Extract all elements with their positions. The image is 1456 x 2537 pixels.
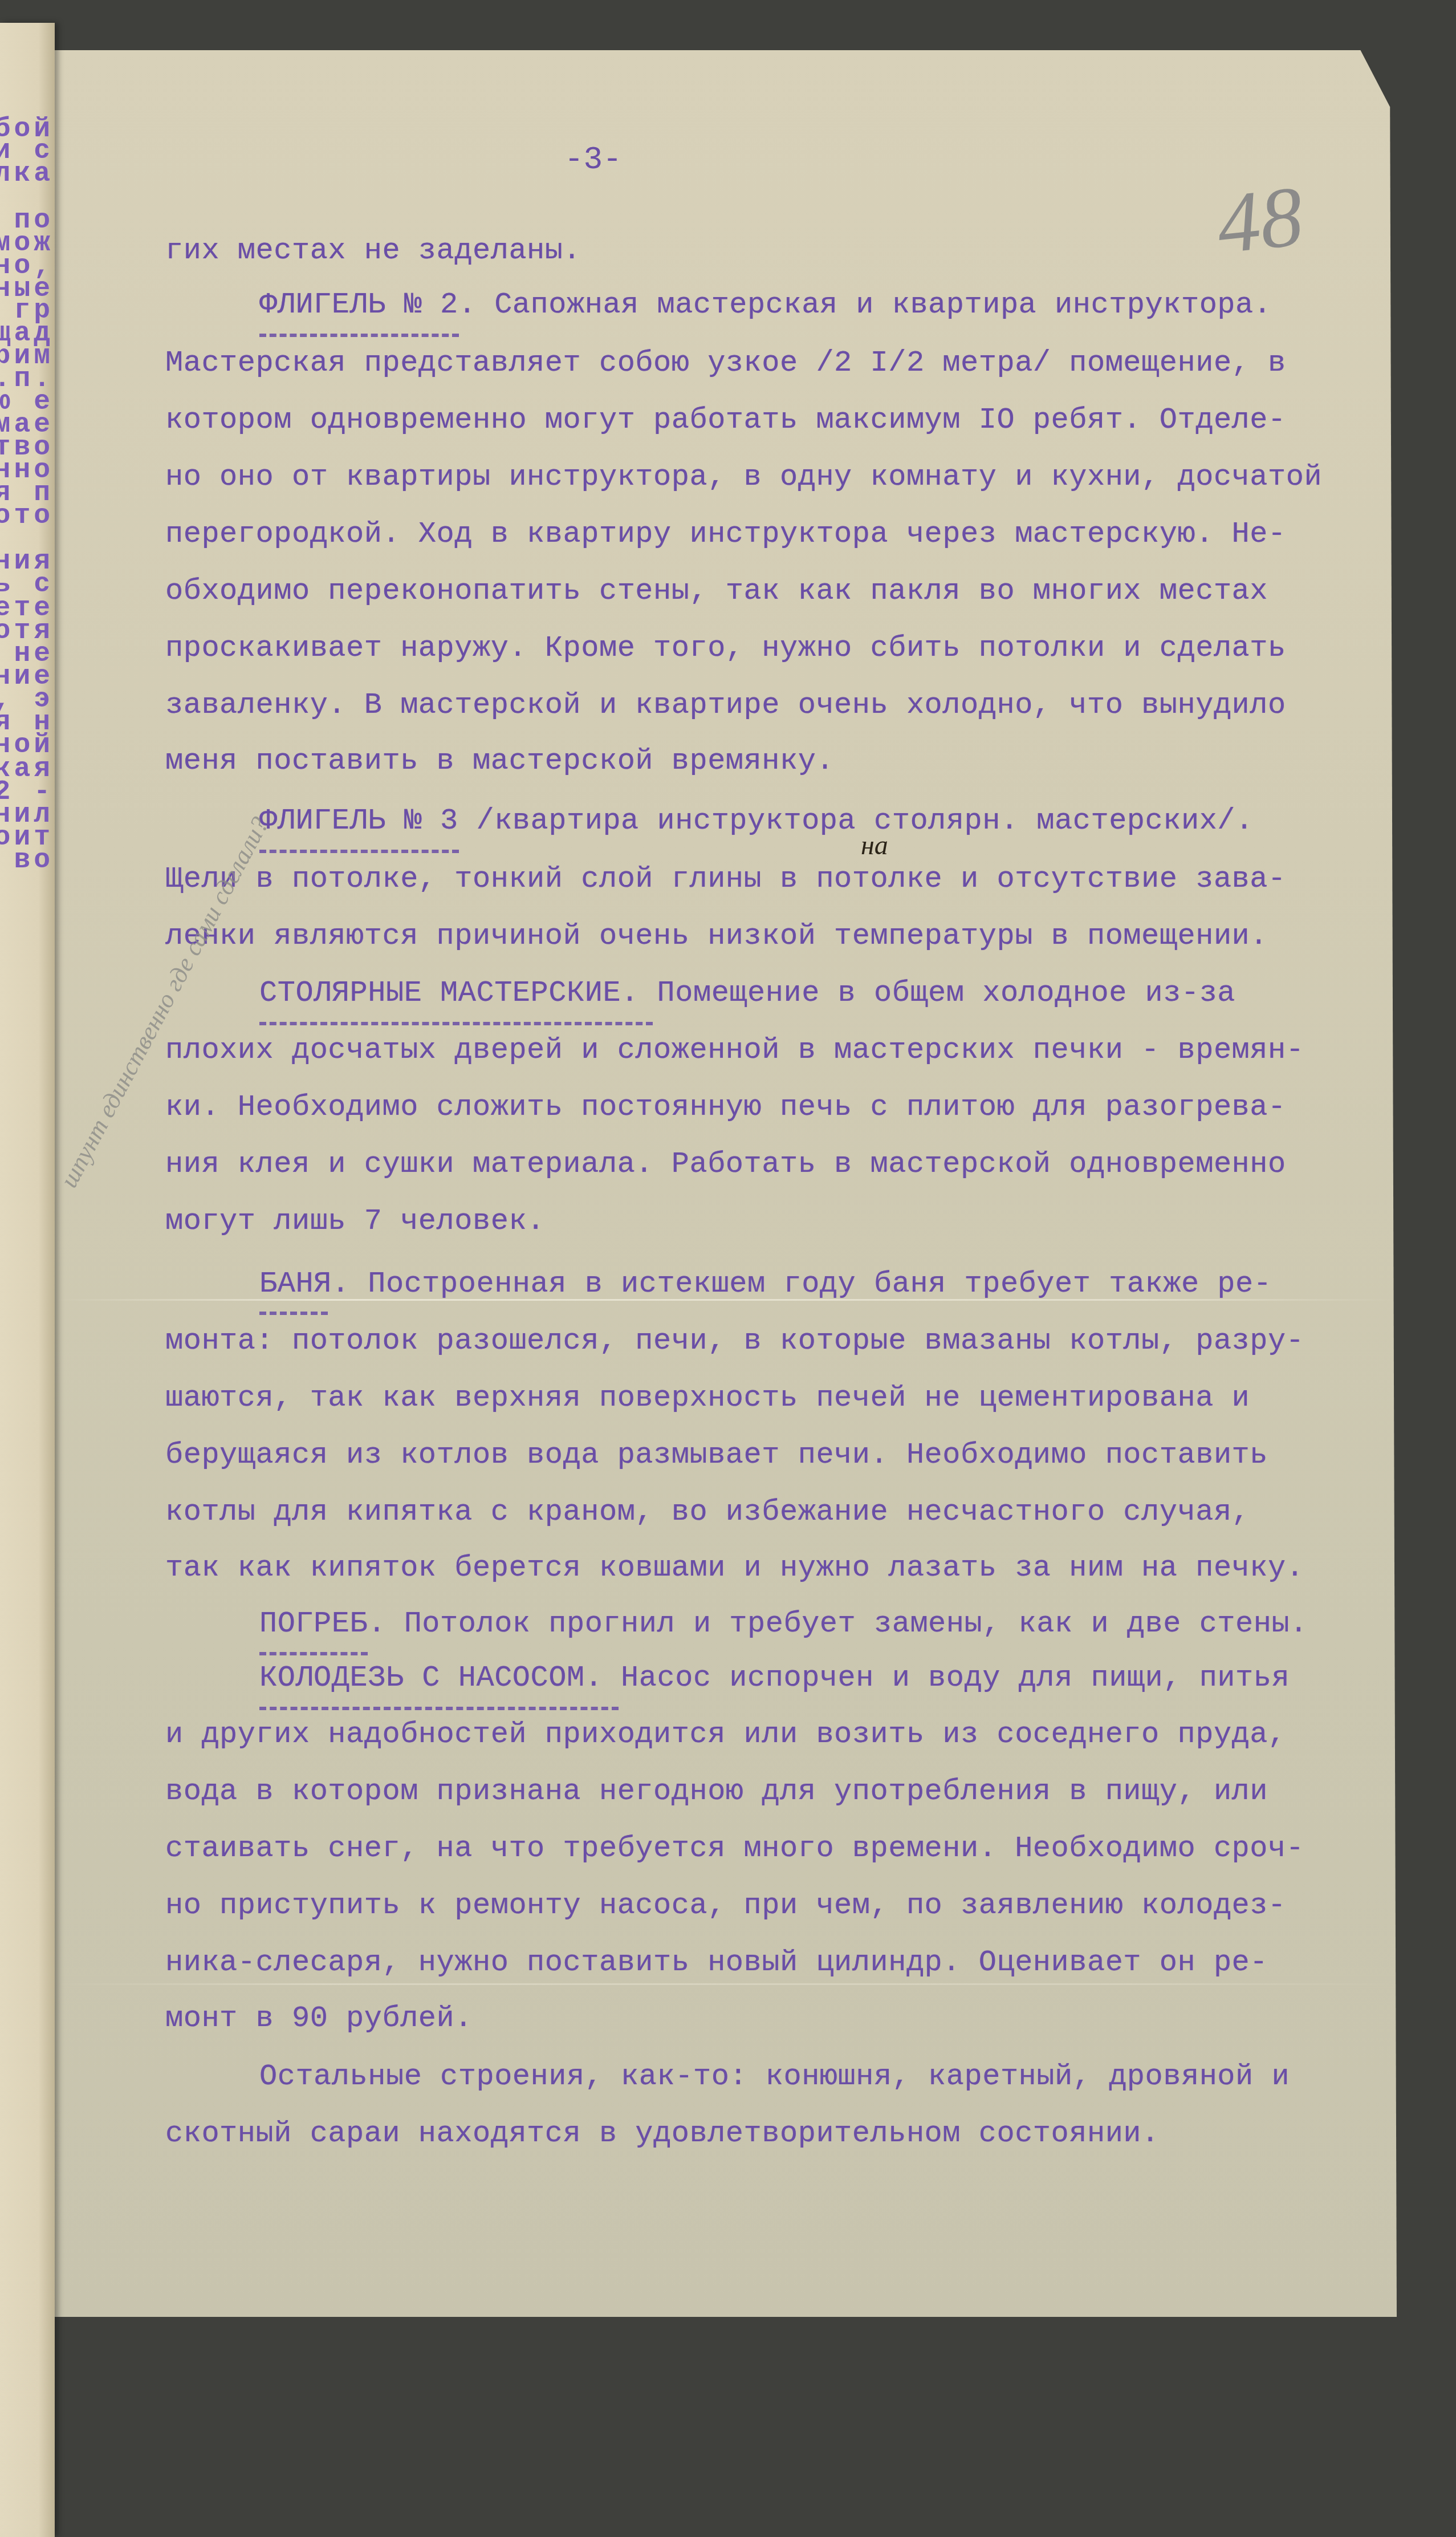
section-heading-fligel-2: ФЛИГЕЛЬ № 2. Сапожная мастерская и кварт… [259, 288, 1271, 322]
text-line: так как кипяток берется ковшами и нужно … [165, 1551, 1304, 1585]
text-line: ника-слесаря, нужно поставить новый цили… [165, 1946, 1268, 1979]
text-line: котором одновременно могут работать макс… [165, 403, 1286, 437]
text-line: монт в 90 рублей. [165, 2002, 473, 2035]
text-line: берущаяся из котлов вода размывает печи.… [165, 1438, 1268, 1472]
text-line: но оно от квартиры инструктора, в одну к… [165, 460, 1322, 494]
heading-underline [259, 1707, 619, 1710]
text-line: стаивать снег, на что требуется много вр… [165, 1832, 1304, 1865]
text-line: ленки являются причиной очень низкой тем… [165, 919, 1268, 953]
document-content: -3- 48 гих местах не заделаны. ФЛИГЕЛЬ №… [0, 0, 1456, 2537]
text-line: заваленку. В мастерской и квартире очень… [165, 688, 1286, 722]
text-line: гих местах не заделаны. [165, 234, 581, 267]
text-line: Щели в потолке, тонкий слой глины в пото… [165, 862, 1286, 896]
text-line: плохих досчатых дверей и сложенной в мас… [165, 1033, 1304, 1067]
page-number: -3- [564, 141, 622, 178]
text-line: скотный сараи находятся в удовлетворител… [165, 2117, 1160, 2150]
section-heading-fligel-3: ФЛИГЕЛЬ № 3 /квартира инструктора столяр… [259, 804, 1254, 838]
text-line: проскакивает наружу. Кроме того, нужно с… [165, 631, 1286, 665]
text-line: но приступить к ремонту насоса, при чем,… [165, 1889, 1286, 1922]
text-line: монта: потолок разошелся, печи, в которы… [165, 1324, 1304, 1358]
heading-underline [259, 1022, 653, 1025]
handwritten-folio-number: 48 [1212, 167, 1307, 274]
text-line: котлы для кипятка с краном, во избежание… [165, 1495, 1250, 1529]
text-line: ки. Необходимо сложить постоянную печь с… [165, 1090, 1286, 1124]
heading-underline [259, 334, 459, 337]
text-line: Остальные строения, как-то: конюшня, кар… [259, 2060, 1290, 2093]
text-line: могут лишь 7 человек. [165, 1204, 545, 1238]
text-line: Мастерская представляет собою узкое /2 I… [165, 346, 1286, 380]
section-heading-pogreb: ПОГРЕБ. Потолок прогнил и требует замены… [259, 1607, 1308, 1641]
text-line: обходимо переконопатить стены, так как п… [165, 574, 1268, 608]
marginal-pencil-note: шпунт единственно где сами сделали? [54, 812, 275, 1192]
heading-underline [259, 1312, 328, 1315]
section-heading-kolodez: КОЛОДЕЗЬ С НАСОСОМ. Насос испорчен и вод… [259, 1661, 1290, 1695]
text-line: и других надобностей приходится или вози… [165, 1718, 1286, 1751]
text-line: вода в котором признана негодною для упо… [165, 1775, 1268, 1808]
section-heading-carpentry: СТОЛЯРНЫЕ МАСТЕРСКИЕ. Помещение в общем … [259, 976, 1235, 1010]
section-heading-banya: БАНЯ. Построенная в истекшем году баня т… [259, 1267, 1271, 1301]
handwritten-correction: на [861, 830, 888, 861]
heading-underline [259, 850, 459, 853]
text-line: ния клея и сушки материала. Работать в м… [165, 1147, 1286, 1181]
heading-underline [259, 1652, 368, 1655]
text-line: шаются, так как верхняя поверхность пече… [165, 1381, 1250, 1415]
text-line: перегородкой. Ход в квартиру инструктора… [165, 517, 1286, 551]
text-line: меня поставить в мастерской времянку. [165, 744, 834, 778]
